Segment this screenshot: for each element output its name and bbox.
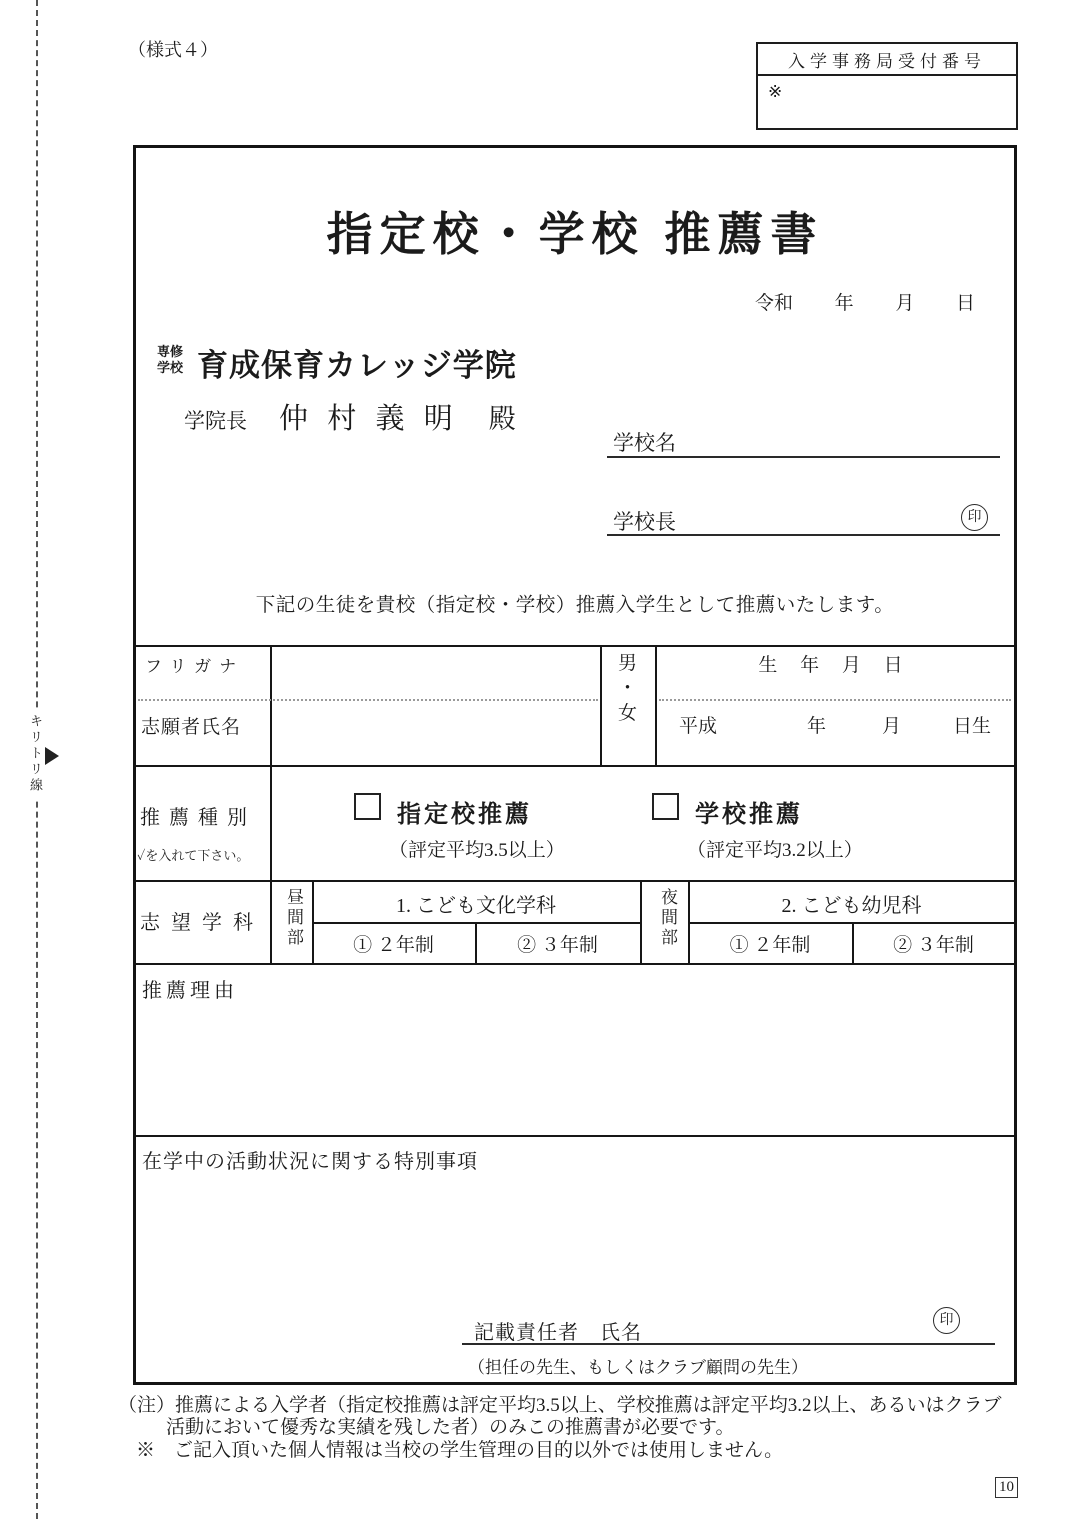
course-day-program-2[interactable]: ② ３年制 (475, 930, 640, 957)
course-night-program-1[interactable]: ① ２年制 (688, 930, 852, 957)
birth-era: 平成 (679, 711, 717, 738)
checkbox-shiteiko-suisen[interactable] (354, 793, 381, 820)
applicant-name-label: 志願者氏名 (141, 712, 241, 739)
reason-field[interactable] (137, 1005, 1013, 1131)
addressee-line: 学院長 仲 村 義 明 殿 (184, 396, 516, 437)
gender-female: 女 (600, 701, 655, 726)
gender-male: 男 (600, 651, 655, 676)
gender-dot: ・ (600, 676, 655, 701)
addressee-title: 学院長 (184, 405, 247, 435)
applicant-name-field[interactable] (272, 701, 598, 763)
addressee-honorific: 殿 (489, 397, 516, 436)
gender-cell[interactable]: 男 ・ 女 (600, 651, 655, 726)
date-year-label: 年 (835, 288, 854, 315)
writer-seal-icon: 印 (933, 1307, 960, 1334)
activities-field[interactable] (137, 1180, 1013, 1300)
recommendation-form-page: キリトリ線 （様式４） 入学事務局受付番号 ※ 指定校・学校 推薦書 令和 年 … (0, 0, 1075, 1519)
course-label: 志 望 学 科 (140, 906, 256, 935)
cut-line-label: キリトリ線 (26, 710, 45, 798)
writer-note: （担任の先生、もしくはクラブ顧問の先生） (468, 1353, 808, 1378)
grid-line (136, 1135, 1014, 1137)
reason-label: 推薦理由 (142, 974, 238, 1003)
rec-type-instruction: ✓を入れて下さい。 (137, 845, 249, 864)
furigana-label: フリガナ (145, 652, 244, 677)
course-day-program-1[interactable]: ① ２年制 (312, 930, 475, 957)
grid-line (136, 880, 1014, 882)
rec-option-1-condition: （評定平均3.5以上） (389, 835, 565, 862)
course-day-time: 昼間部 (281, 888, 306, 948)
school-name-label: 学校名 (613, 427, 676, 457)
date-month-label: 月 (895, 288, 914, 315)
course-night-title[interactable]: 2. こども幼児科 (688, 889, 1015, 918)
grid-line (136, 765, 1014, 767)
page-number-badge: 10 (995, 1477, 1018, 1498)
principal-seal-char: 印 (968, 511, 982, 525)
rec-type-label: 推 薦 種 別 (140, 801, 249, 830)
writer-label: 記載責任者 氏名 (474, 1316, 642, 1345)
activities-label: 在学中の活動状況に関する特別事項 (142, 1145, 478, 1174)
rec-option-1-label: 指定校推薦 (397, 794, 532, 829)
addressee-name: 仲 村 義 明 (279, 396, 459, 437)
rec-option-2-label: 学校推薦 (695, 794, 803, 829)
form-code: （様式４） (128, 36, 218, 62)
school-type-badge: 専修 学校 (157, 344, 183, 375)
checkbox-gakko-suisen[interactable] (652, 793, 679, 820)
rec-option-2-condition: （評定平均3.2以上） (687, 835, 863, 862)
school-type-line1: 専修 (157, 344, 183, 360)
reception-number-field[interactable] (788, 78, 1016, 130)
course-night-time: 夜間部 (655, 888, 680, 948)
furigana-field[interactable] (272, 647, 598, 698)
birthdate-header: 生 年 月 日 (657, 650, 1013, 677)
footnote-2: ※ ご記入頂いた個人情報は当校の学生管理の目的以外では使用しません。 (136, 1435, 783, 1462)
grid-line (312, 922, 642, 924)
writer-name-underline[interactable] (462, 1343, 995, 1345)
principal-seal-icon: 印 (961, 504, 988, 531)
birth-day-label: 日生 (953, 711, 991, 738)
writer-seal-char: 印 (940, 1314, 954, 1328)
issuing-school-name: 育成保育カレッジ学院 (197, 340, 517, 385)
date-era: 令和 (755, 288, 793, 315)
school-type-line2: 学校 (157, 360, 183, 376)
grid-line (136, 963, 1014, 965)
date-day-label: 日 (956, 288, 975, 315)
recommendation-statement: 下記の生徒を貴校（指定校・学校）推薦入学生として推薦いたします。 (133, 589, 1017, 617)
principal-label: 学校長 (613, 506, 676, 536)
course-day-title[interactable]: 1. こども文化学科 (312, 889, 640, 918)
cut-arrow-icon (45, 747, 59, 765)
dotted-separator (659, 699, 1011, 701)
course-night-program-2[interactable]: ② ３年制 (852, 930, 1015, 957)
birth-month-label: 月 (882, 711, 901, 738)
form-title: 指定校・学校 推薦書 (133, 198, 1017, 264)
principal-underline[interactable] (607, 534, 1000, 536)
reception-box: 入学事務局受付番号 ※ (756, 42, 1018, 130)
reception-box-title: 入学事務局受付番号 (758, 44, 1016, 76)
birth-year-label: 年 (807, 711, 826, 738)
school-name-underline[interactable] (607, 456, 1000, 458)
date-line[interactable]: 令和 年 月 日 (755, 288, 975, 315)
